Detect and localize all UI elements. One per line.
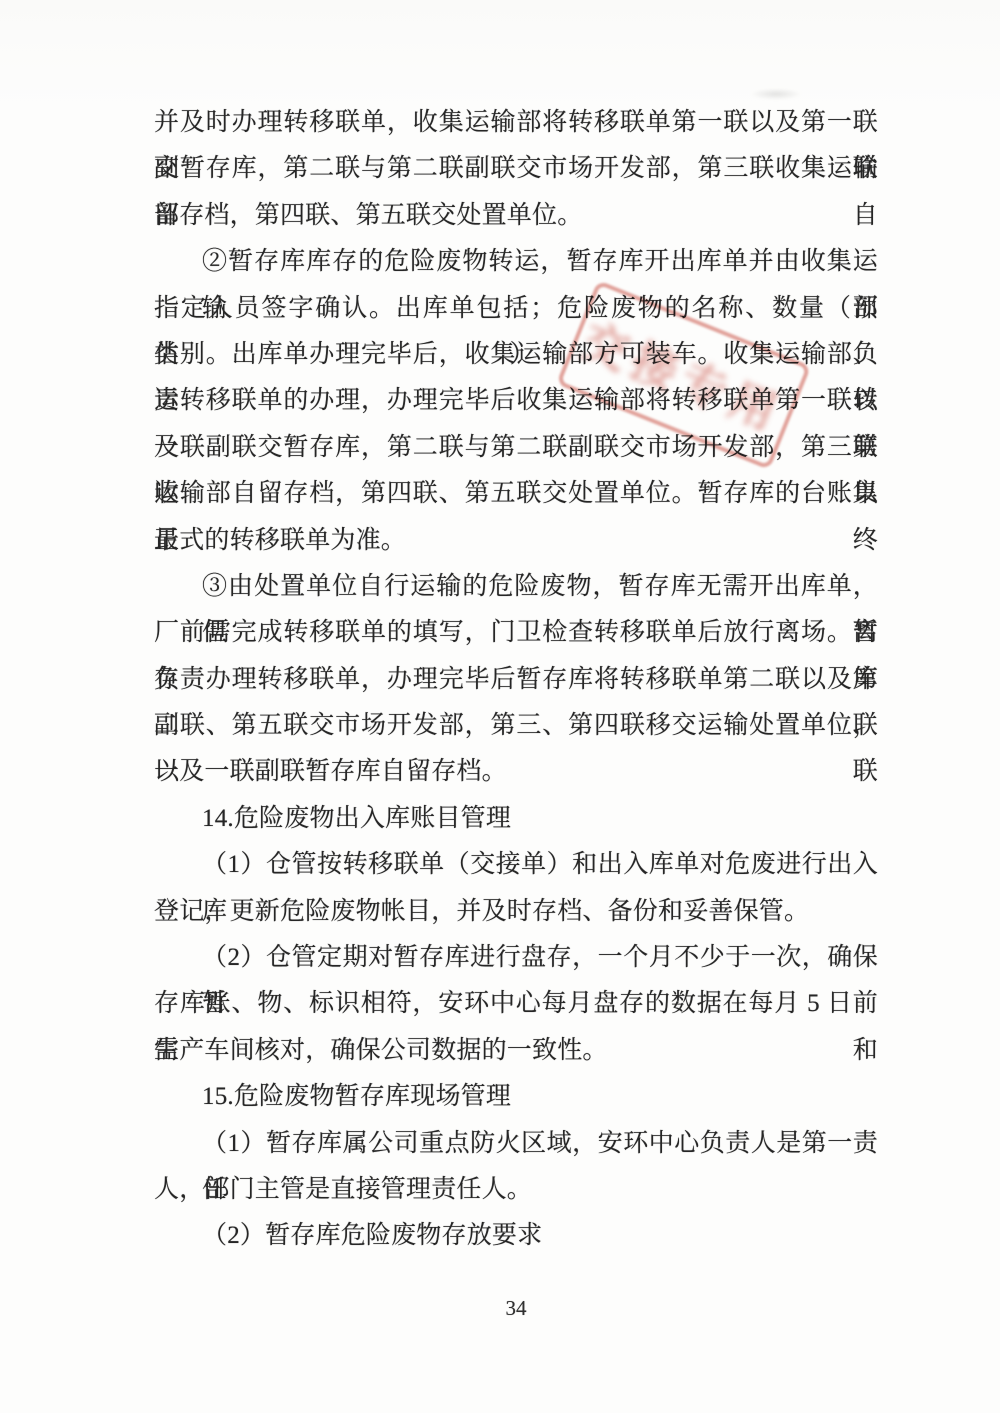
section-heading-15: 15.危险废物暂存库现场管理 <box>154 1074 878 1120</box>
text-line: 存库账、物、标识相符，安环中心每月盘存的数据在每月 5 日前需和 <box>154 981 878 1027</box>
text-line: 一联副联交暂存库，第二联与第二联副联交市场开发部，第三联收集 <box>154 425 878 471</box>
text-line-sub-1: （1）暂存库属公司重点防火区域，安环中心负责人是第一责任 <box>154 1121 878 1167</box>
text-line-item-3: ③由处置单位自行运输的危险废物，暂存库无需开出库单，但离 <box>154 564 878 610</box>
scan-smudge-artifact <box>750 88 802 100</box>
section-heading-14: 14.危险废物出入库账目管理 <box>154 796 878 842</box>
text-line: 交暂存库，第二联与第二联副联交市场开发部，第三联收集运输部自 <box>154 146 878 192</box>
text-line: 指定人员签字确认。出库单包括；危险废物的名称、数量（预估）、 <box>154 286 878 332</box>
scanned-document-page: 并及时办理转移联单，收集运输部将转移联单第一联以及第一联副联 交暂存库，第二联与… <box>0 0 1000 1413</box>
document-body-text: 并及时办理转移联单，收集运输部将转移联单第一联以及第一联副联 交暂存库，第二联与… <box>154 100 878 1260</box>
text-line: 运转移联单的办理，办理完毕后收集运输部将转移联单第一联以及第 <box>154 378 878 424</box>
text-line-sub-1: （1）仓管按转移联单（交接单）和出入库单对危废进行出入库 <box>154 842 878 888</box>
text-line: 运输部自留存档，第四联、第五联交处置单位。暂存库的台账以最终 <box>154 471 878 517</box>
page-number: 34 <box>154 1296 878 1321</box>
text-line: 厂前需完成转移联单的填写，门卫检查转移联单后放行离场。暂存库 <box>154 610 878 656</box>
text-line: 登记，更新危险废物帐目，并及时存档、备份和妥善保管。 <box>154 889 878 935</box>
text-line: 负责办理转移联单，办理完毕后暂存库将转移联单第二联以及第二联 <box>154 657 878 703</box>
text-line: 副联、第五联交市场开发部，第三、第四联移交运输处置单位，一联 <box>154 703 878 749</box>
text-line-item-2: ②暂存库库存的危险废物转运，暂存库开出库单并由收集运输部 <box>154 239 878 285</box>
text-line: 并及时办理转移联单，收集运输部将转移联单第一联以及第一联副联 <box>154 100 878 146</box>
text-line-sub-2: （2）暂存库危险废物存放要求 <box>154 1213 878 1259</box>
text-line: 人，部门主管是直接管理责任人。 <box>154 1167 878 1213</box>
text-line: 类别。出库单办理完毕后，收集运输部方可装车。收集运输部负责转 <box>154 332 878 378</box>
text-line-sub-2: （2）仓管定期对暂存库进行盘存，一个月不少于一次，确保暂 <box>154 935 878 981</box>
